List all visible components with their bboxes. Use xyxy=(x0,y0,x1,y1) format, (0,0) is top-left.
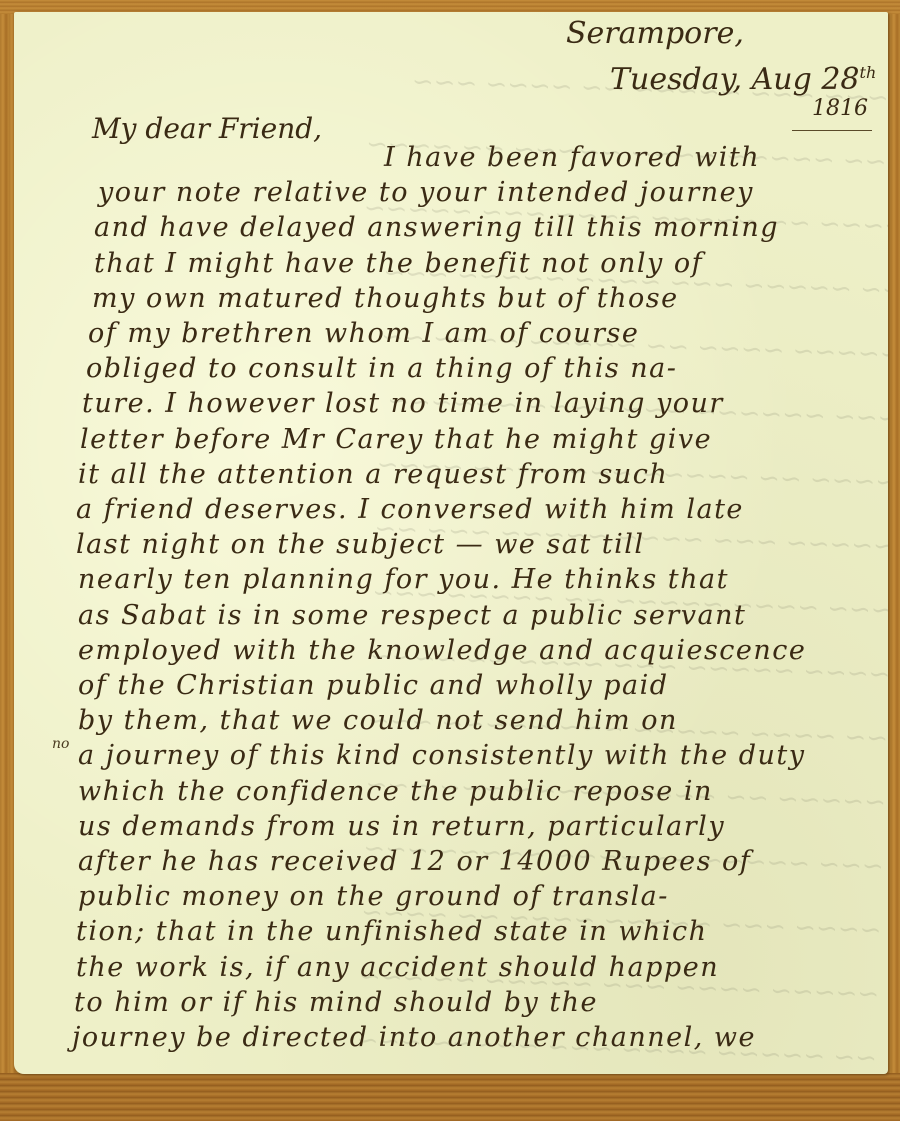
body-line: I have been favored with xyxy=(384,142,760,173)
wooden-table-bottom-edge xyxy=(0,1073,900,1121)
body-line: a journey of this kind consistently with… xyxy=(78,740,806,771)
letter-date: Tuesday, Aug 28th xyxy=(610,62,876,97)
body-line: my own matured thoughts but of those xyxy=(92,283,679,314)
body-line: your note relative to your intended jour… xyxy=(98,177,754,208)
body-line: last night on the subject — we sat till xyxy=(76,529,645,560)
salutation: My dear Friend, xyxy=(92,112,322,145)
body-line: that I might have the benefit not only o… xyxy=(94,248,703,279)
body-line: journey be directed into another channel… xyxy=(72,1022,756,1053)
letter-day: 28 xyxy=(821,62,859,97)
body-line: after he has received 12 or 14000 Rupees… xyxy=(78,846,751,877)
body-line: the work is, if any accident should happ… xyxy=(76,952,719,983)
letter-year: 1816 xyxy=(812,96,868,121)
letter-day-suffix: th xyxy=(860,63,877,82)
margin-note: no xyxy=(52,736,69,752)
body-line: employed with the knowledge and acquiesc… xyxy=(78,635,806,666)
body-line: which the confidence the public repose i… xyxy=(78,776,713,807)
body-line: public money on the ground of transla- xyxy=(78,881,669,912)
body-line: us demands from us in return, particular… xyxy=(78,811,725,842)
body-line: by them, that we could not send him on xyxy=(78,705,678,736)
letter-date-text: Tuesday, Aug xyxy=(610,62,812,97)
body-line: of the Christian public and wholly paid xyxy=(78,670,669,701)
body-line: of my brethren whom I am of course xyxy=(88,318,639,349)
body-line: obliged to consult in a thing of this na… xyxy=(86,353,677,384)
body-line: it all the attention a request from such xyxy=(78,459,668,490)
body-line: and have delayed answering till this mor… xyxy=(94,212,779,243)
letter-place: Serampore, xyxy=(566,16,744,51)
body-line: ture. I however lost no time in laying y… xyxy=(82,388,724,419)
body-line: letter before Mr Carey that he might giv… xyxy=(80,424,712,455)
body-line: to him or if his mind should by the xyxy=(74,987,598,1018)
body-line: a friend deserves. I conversed with him … xyxy=(76,494,744,525)
date-underline xyxy=(792,130,872,131)
body-line: nearly ten planning for you. He thinks t… xyxy=(78,564,729,595)
body-line: as Sabat is in some respect a public ser… xyxy=(78,600,746,631)
body-line: tion; that in the unfinished state in wh… xyxy=(76,916,707,947)
